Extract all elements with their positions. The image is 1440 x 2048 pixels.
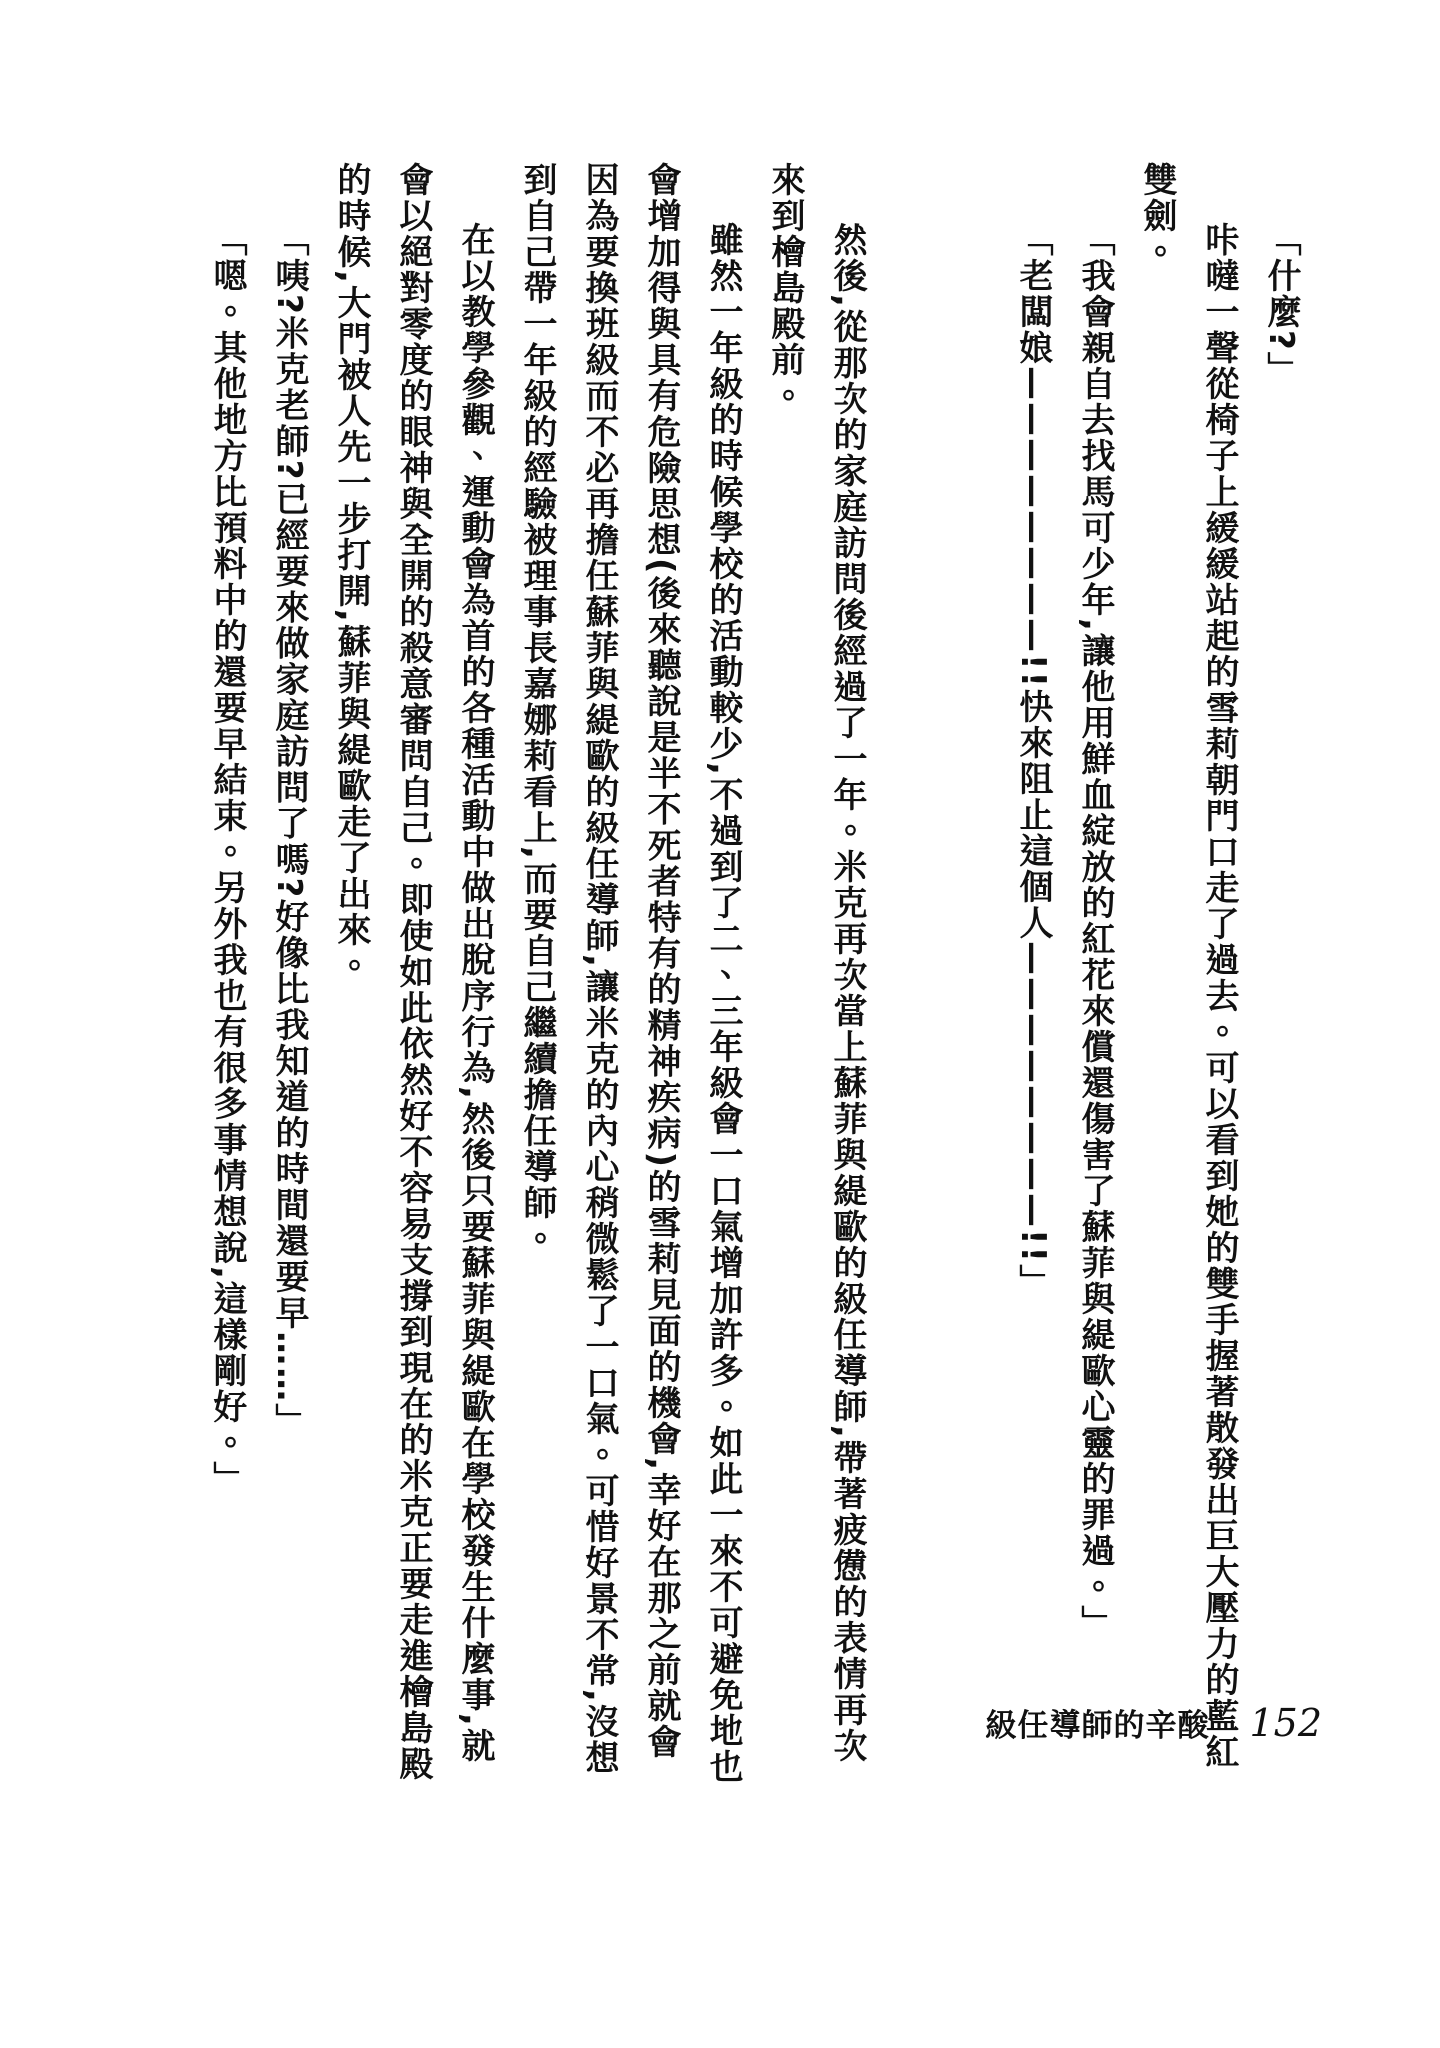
paragraph: 在以教學參觀、運動會為首的各種活動中做出脫序行為,然後只要蘇菲與緹歐在學校發生什… <box>320 162 506 1794</box>
book-page: 「什麼?」 咔噠一聲從椅子上緩緩站起的雪莉朝門口走了過去。可以看到她的雙手握著散… <box>0 0 1440 2048</box>
paragraph: 咔噠一聲從椅子上緩緩站起的雪莉朝門口走了過去。可以看到她的雙手握著散發出巨大壓力… <box>1126 162 1250 1794</box>
footer-chapter-title: 級任導師的辛酸 <box>985 1700 1209 1745</box>
footer-page-number: 152 <box>1249 1701 1322 1745</box>
paragraph: 「咦?米克老師?已經要來做家庭訪問了嗎?好像比我知道的時間還要早……」 <box>258 162 320 1794</box>
paragraph: 「老闆娘————————!!快來阻止這個人————————!!」 <box>1002 162 1064 1794</box>
paragraph: 然後,從那次的家庭訪問後經過了一年。米克再次當上蘇菲與緹歐的級任導師,帶著疲憊的… <box>754 162 878 1794</box>
page-footer: 級任導師的辛酸 152 <box>0 1700 1322 1745</box>
vertical-text-block: 「什麼?」 咔噠一聲從椅子上緩緩站起的雪莉朝門口走了過去。可以看到她的雙手握著散… <box>196 162 1312 1794</box>
paragraph: 雖然一年級的時候學校的活動較少,不過到了二、三年級會一口氣增加許多。如此一來不可… <box>506 162 754 1794</box>
paragraph: 「我會親自去找馬可少年,讓他用鮮血綻放的紅花來償還傷害了蘇菲與緹歐心靈的罪過。」 <box>1064 162 1126 1794</box>
paragraph: 「什麼?」 <box>1250 162 1312 1794</box>
paragraph: 「嗯。其他地方比預料中的還要早結束。另外我也有很多事情想說,這樣剛好。」 <box>196 162 258 1794</box>
